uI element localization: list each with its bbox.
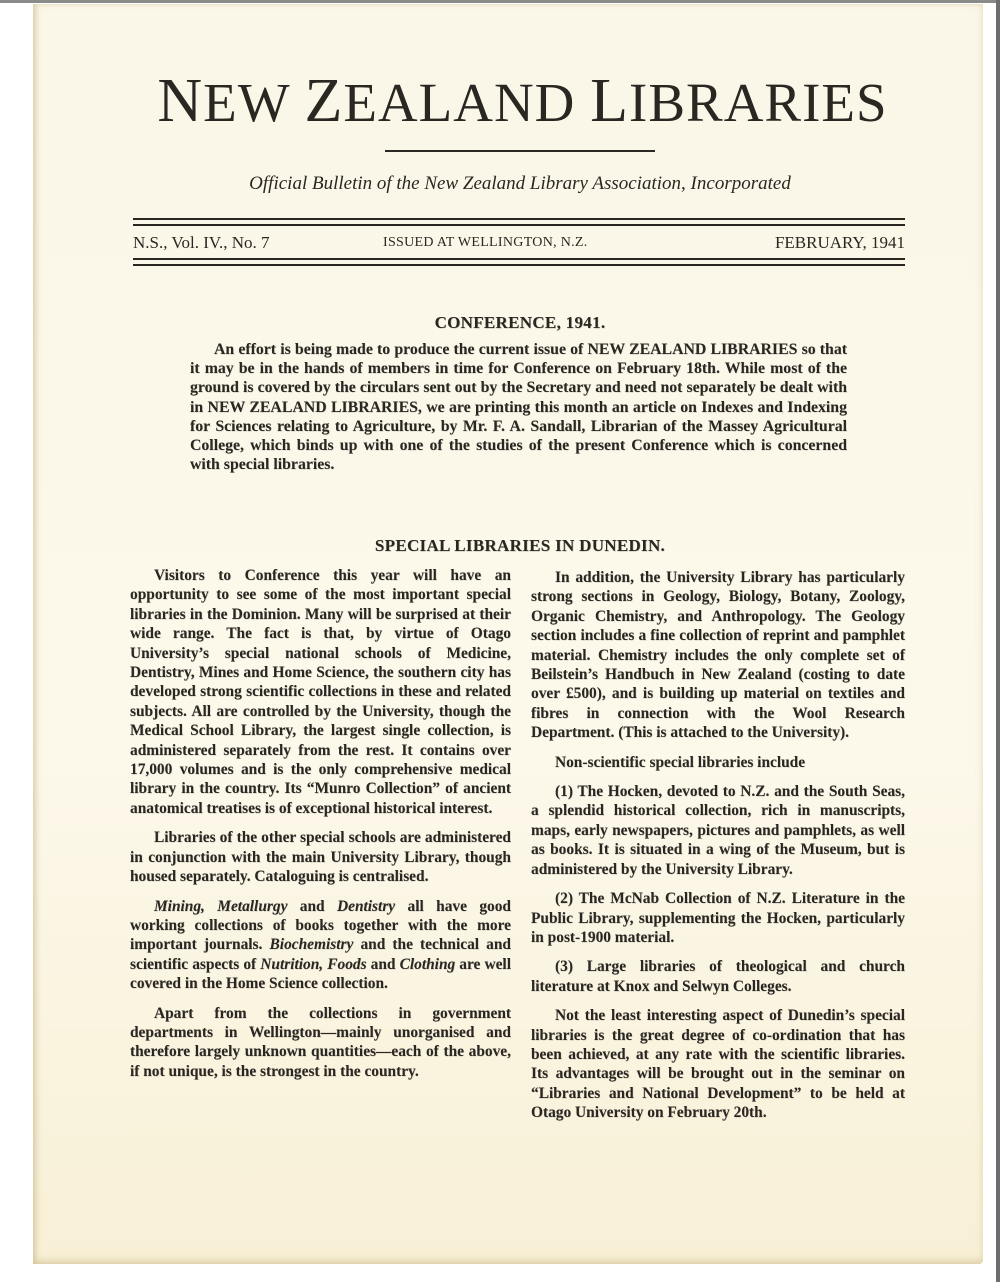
issue-place: ISSUED AT WELLINGTON, N.Z. <box>383 235 588 251</box>
article-right-column: In addition, the University Library has … <box>531 568 905 1133</box>
conference-body: An effort is being made to produce the c… <box>190 340 847 484</box>
conference-heading: CONFERENCE, 1941. <box>180 313 860 333</box>
issue-date: FEBRUARY, 1941 <box>775 233 905 253</box>
text-run: and <box>367 956 400 973</box>
conference-paragraph: An effort is being made to produce the c… <box>190 340 847 474</box>
article-left-column: Visitors to Conference this year will ha… <box>130 566 511 1091</box>
double-rule-top <box>133 218 905 226</box>
left-paragraph-4: Apart from the collections in government… <box>130 1004 511 1082</box>
right-paragraph-6: Not the least interesting aspect of Dune… <box>531 1006 905 1122</box>
italic-term: Mining, Metallurgy <box>154 898 287 915</box>
left-paragraph-3: Mining, Metallurgy and Dentistry all hav… <box>130 897 511 994</box>
text-run: and <box>287 898 337 915</box>
italic-term: Nutrition, Foods <box>260 956 366 973</box>
right-paragraph-2: Non-scientific special libraries include <box>531 753 905 772</box>
issue-volume: N.S., Vol. IV., No. 7 <box>133 233 270 253</box>
double-rule-bottom <box>133 258 905 266</box>
right-paragraph-5: (3) Large libraries of theological and c… <box>531 957 905 996</box>
left-paragraph-1: Visitors to Conference this year will ha… <box>130 566 511 818</box>
right-paragraph-4: (2) The McNab Collection of N.Z. Litera­… <box>531 889 905 947</box>
masthead-divider <box>385 150 655 152</box>
italic-term: Dentistry <box>337 898 395 915</box>
masthead-subtitle: Official Bulletin of the New Zealand Lib… <box>120 173 920 195</box>
right-paragraph-1: In addition, the University Library has … <box>531 568 905 743</box>
masthead-title: NEW ZEALAND LIBRARIES <box>140 66 905 138</box>
scanner-edge-top <box>0 0 1000 3</box>
italic-term: Biochemistry <box>270 936 354 953</box>
right-paragraph-3: (1) The Hocken, devoted to N.Z. and the … <box>531 782 905 879</box>
left-paragraph-2: Libraries of the other special schools a… <box>130 828 511 886</box>
italic-term: Clothing <box>400 956 456 973</box>
article-heading: SPECIAL LIBRARIES IN DUNEDIN. <box>120 536 920 556</box>
issue-info-line: N.S., Vol. IV., No. 7 ISSUED AT WELLINGT… <box>133 233 905 253</box>
scanner-edge-right <box>996 0 1000 1282</box>
